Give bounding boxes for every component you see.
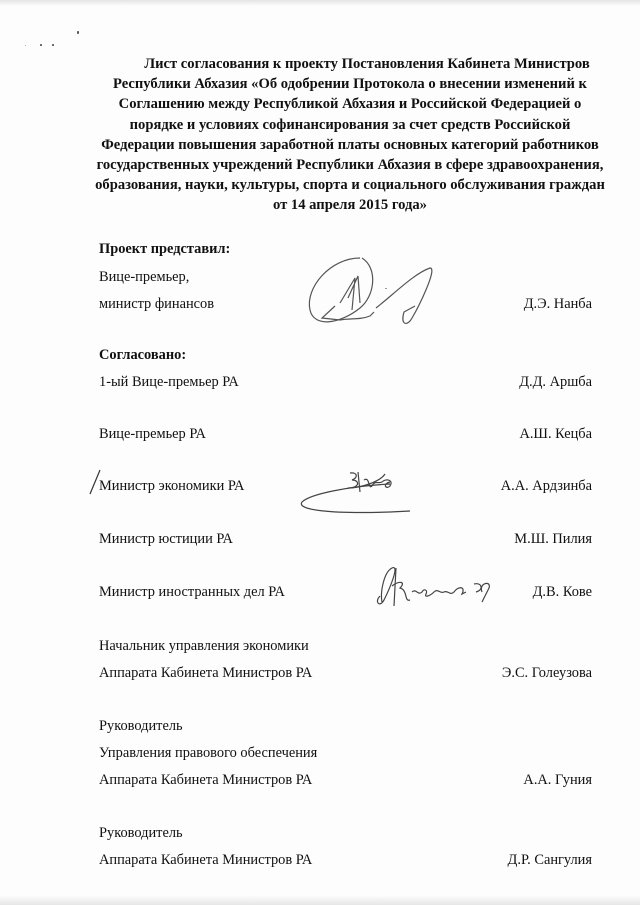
signature-nanba-icon	[300, 248, 460, 333]
signatory-1-name: Д.Д. Аршба	[519, 373, 592, 391]
presented-by-heading: Проект представил:	[99, 240, 230, 258]
signatory-2-name: А.Ш. Кецба	[519, 425, 592, 443]
signatory-7-name: А.А. Гуния	[523, 771, 592, 789]
signatory-7-position-line1: Руководитель	[99, 717, 183, 735]
signatory-8-position-line1: Руководитель	[99, 824, 183, 842]
presenter-position-line1: Вице-премьер,	[99, 268, 189, 286]
scan-speck	[25, 45, 26, 46]
signatory-7-position-line2: Управления правового обеспечения	[99, 744, 317, 762]
signatory-4-position: Министр юстиции РА	[99, 530, 233, 548]
checkmark-tick-icon	[88, 468, 102, 496]
signatory-6-name: Э.С. Голеузова	[502, 664, 592, 682]
signatory-6-position-line1: Начальник управления экономики	[99, 637, 309, 655]
presenter-name: Д.Э. Нанба	[524, 295, 592, 313]
scan-speck	[52, 44, 54, 46]
signatory-8-position-line2: Аппарата Кабинета Министров РА	[99, 851, 312, 869]
scan-speck	[77, 31, 79, 34]
signatory-7-position-line3: Аппарата Кабинета Министров РА	[99, 771, 312, 789]
signatory-8-name: Д.Р. Сангулия	[508, 851, 592, 869]
signatory-6-position-line2: Аппарата Кабинета Министров РА	[99, 664, 312, 682]
scan-speck	[40, 44, 42, 46]
signatory-5-name: Д.В. Кове	[533, 583, 592, 601]
presenter-position-line2: министр финансов	[99, 295, 214, 313]
signature-ardzinba-icon	[290, 468, 440, 518]
signatory-4-name: М.Ш. Пилия	[514, 530, 592, 548]
signatory-3-name: А.А. Ардзинба	[501, 477, 592, 495]
scan-edge-top	[0, 0, 640, 6]
signatory-2-position: Вице-премьер РА	[99, 425, 206, 443]
approved-heading: Согласовано:	[99, 346, 186, 364]
scan-edge-bottom	[0, 895, 640, 905]
document-page: Лист согласования к проекту Постановлени…	[0, 0, 640, 905]
signatory-1-position: 1-ый Вице-премьер РА	[99, 373, 239, 391]
signatory-3-position: Министр экономики РА	[99, 477, 244, 495]
signatory-5-position: Министр иностранных дел РА	[99, 583, 285, 601]
signature-kove-icon	[370, 562, 520, 612]
document-title: Лист согласования к проекту Постановлени…	[95, 54, 605, 216]
